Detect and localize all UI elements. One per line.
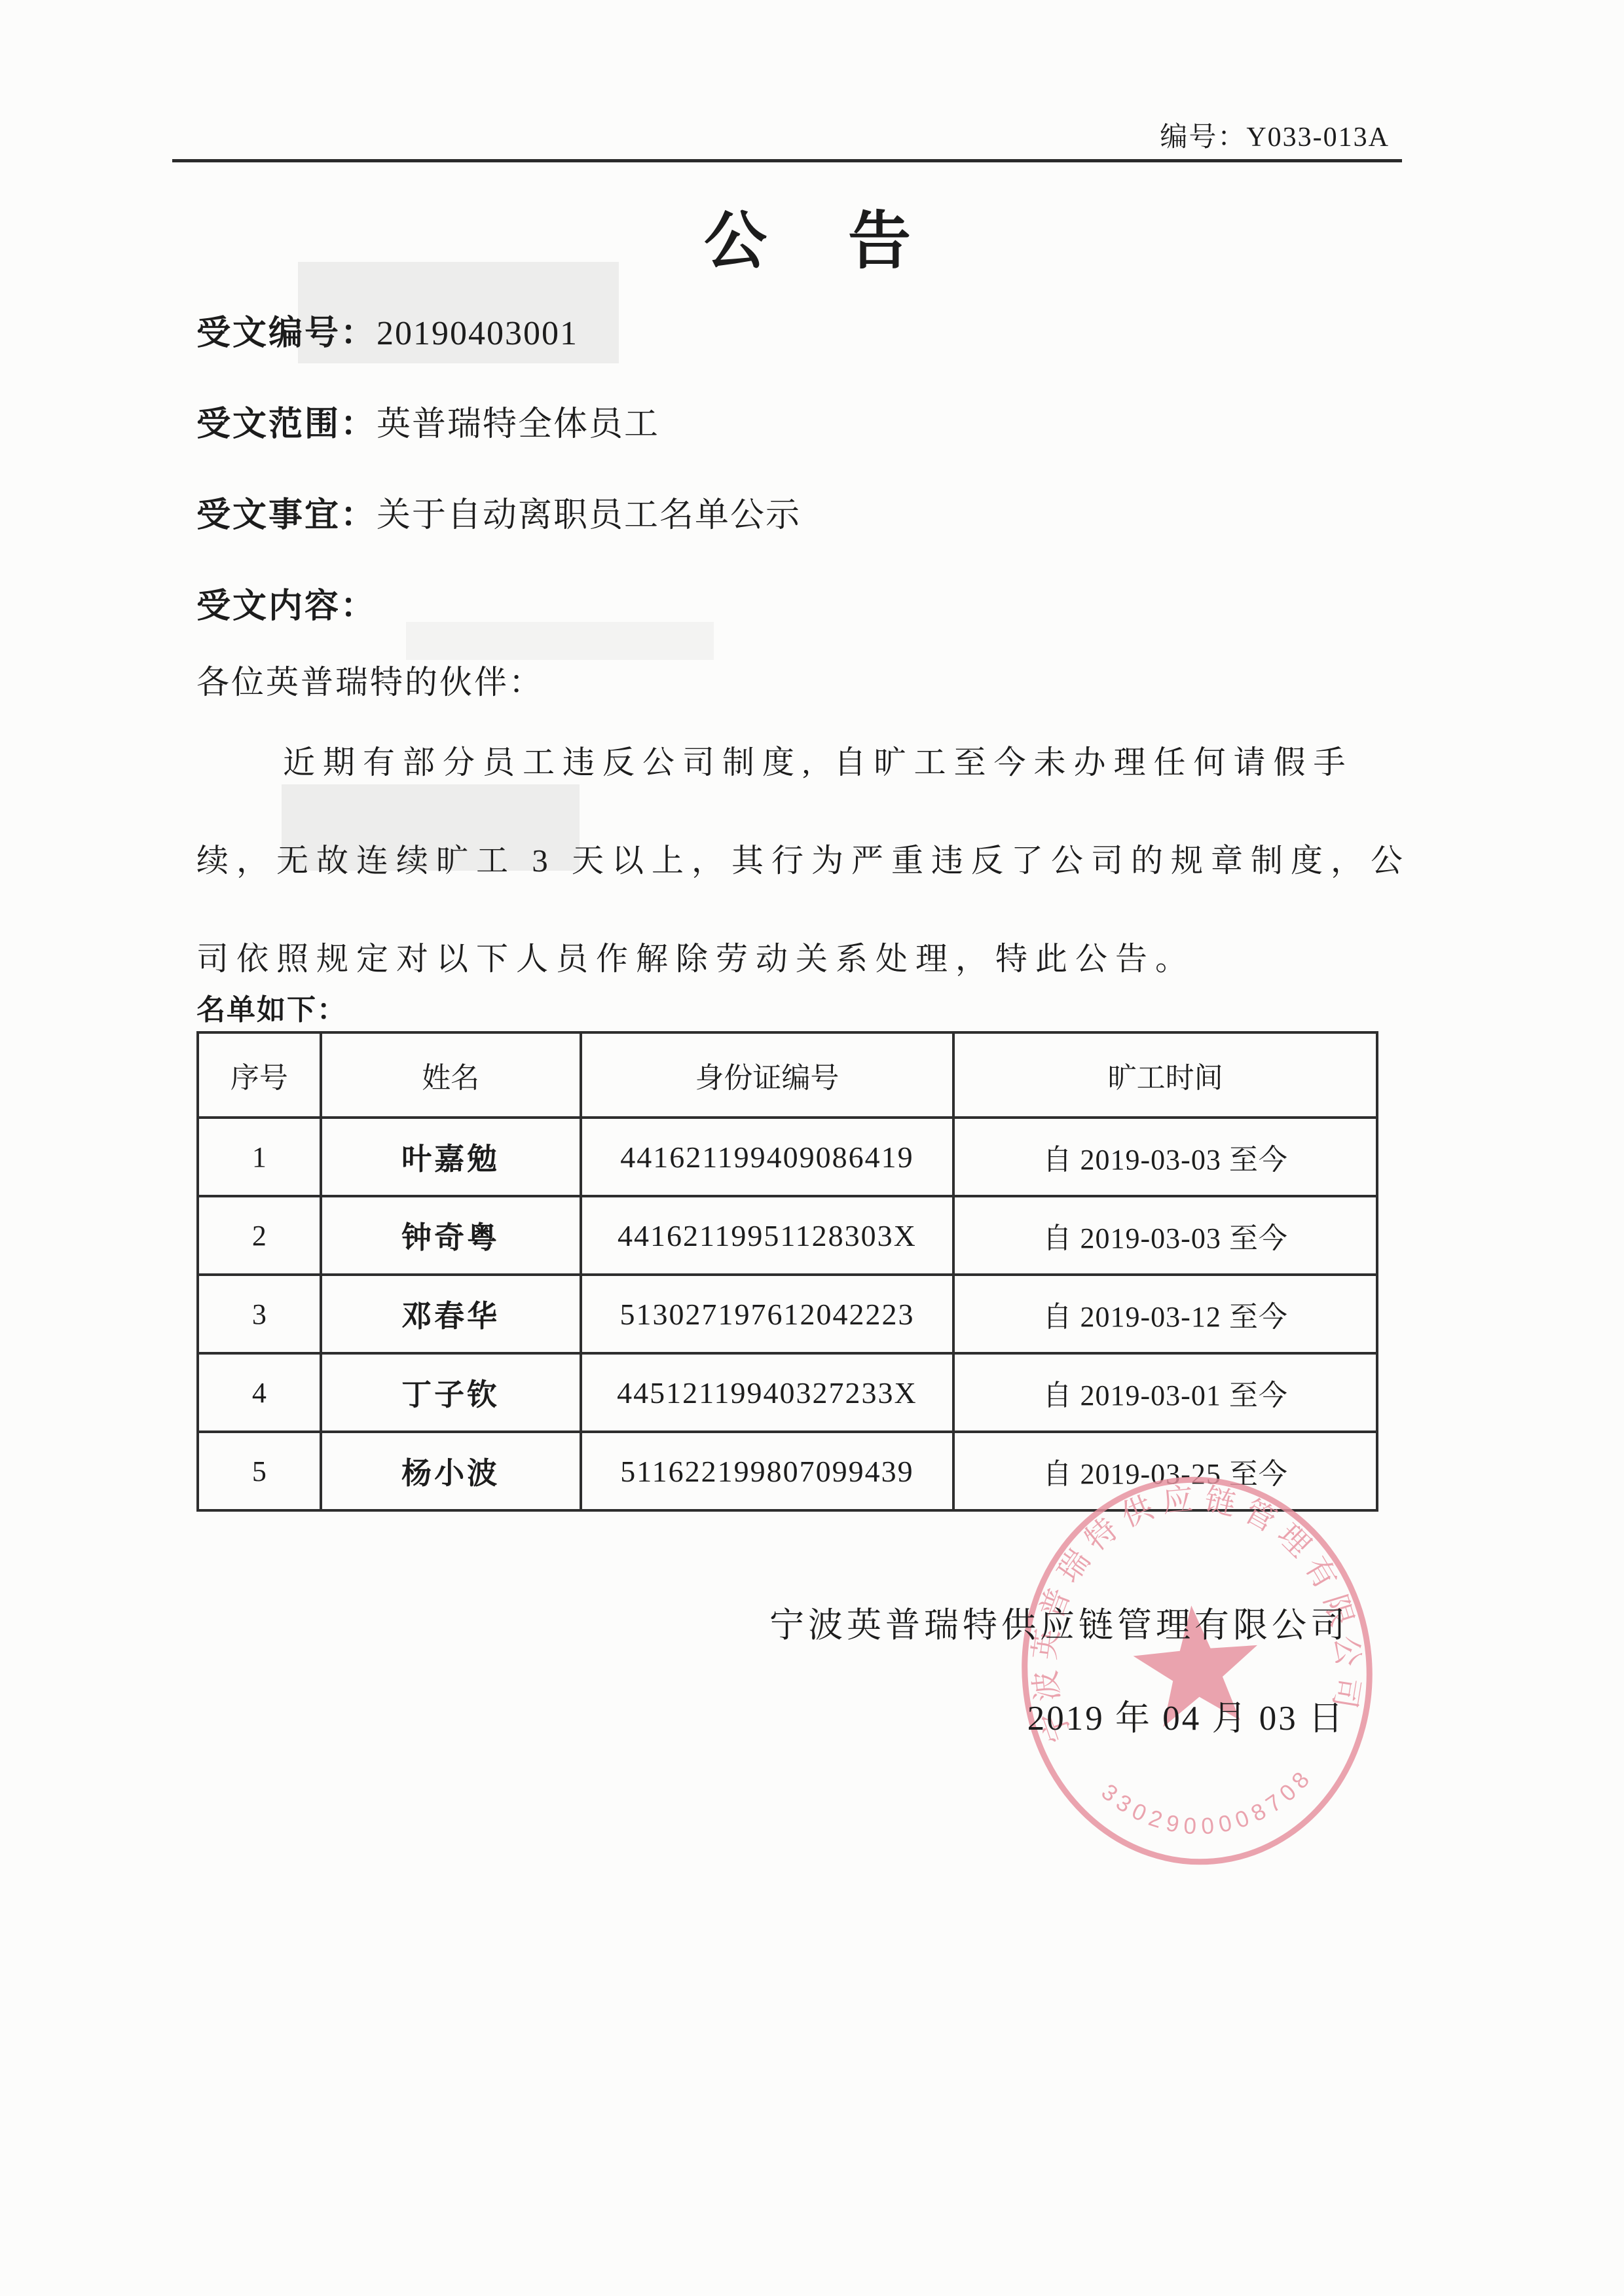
field-value: 20190403001 — [377, 315, 578, 352]
field-subject: 受文事宜：关于自动离职员工名单公示 — [196, 487, 801, 536]
header-cell: 序号 — [198, 1032, 321, 1118]
cell-id: 511622199807099439 — [581, 1432, 954, 1510]
field-label: 受文范围： — [196, 406, 377, 443]
signature-company: 宁波英普瑞特供应链管理有限公司 — [769, 1597, 1349, 1647]
cell-index: 4 — [198, 1353, 321, 1432]
field-label: 受文内容： — [196, 588, 377, 625]
header-cell: 旷工时间 — [953, 1032, 1377, 1118]
header-cell: 身份证编号 — [581, 1032, 954, 1118]
cell-name: 丁子钦 — [321, 1353, 581, 1432]
cell-name: 邓春华 — [321, 1275, 581, 1353]
dismissal-table: 序号 姓名 身份证编号 旷工时间 1 叶嘉勉 44162119940908641… — [196, 1031, 1378, 1512]
field-label: 受文事宜： — [196, 497, 377, 534]
field-label: 受文编号： — [196, 315, 377, 352]
header-rule — [172, 159, 1402, 162]
cell-index: 3 — [198, 1275, 321, 1353]
company-seal-stamp: 宁波英普瑞特供应链管理有限公司 3302900008708 — [1001, 1461, 1393, 1880]
table-row: 3 邓春华 513027197612042223 自 2019-03-12 至今 — [198, 1275, 1377, 1353]
salutation: 各位英普瑞特的伙伴： — [196, 656, 544, 703]
cell-index: 1 — [198, 1118, 321, 1196]
cell-time: 自 2019-03-12 至今 — [953, 1275, 1377, 1353]
cell-id: 44512119940327233X — [581, 1353, 954, 1432]
cell-time: 自 2019-03-01 至今 — [953, 1353, 1377, 1432]
field-value: 英普瑞特全体员工 — [377, 406, 659, 443]
cell-index: 2 — [198, 1196, 321, 1275]
paragraph-line: 续，无故连续旷工 3 天以上，其行为严重违反了公司的规章制度，公 — [196, 835, 1411, 881]
scan-artifact — [406, 622, 714, 660]
field-value: 关于自动离职员工名单公示 — [377, 497, 801, 534]
cell-name: 杨小波 — [321, 1432, 581, 1510]
cell-id: 44162119951128303X — [581, 1196, 954, 1275]
document-page: 编号：Y033-013A 公 告 受文编号：20190403001 受文范围：英… — [0, 0, 1624, 2296]
table-row: 2 钟奇粤 44162119951128303X 自 2019-03-03 至今 — [198, 1196, 1377, 1275]
cell-id: 513027197612042223 — [581, 1275, 954, 1353]
field-content: 受文内容： — [196, 578, 377, 627]
document-code: 编号：Y033-013A — [1160, 115, 1390, 155]
table-row: 4 丁子钦 44512119940327233X 自 2019-03-01 至今 — [198, 1353, 1377, 1432]
cell-time: 自 2019-03-03 至今 — [953, 1118, 1377, 1196]
header-cell: 姓名 — [321, 1032, 581, 1118]
field-scope: 受文范围：英普瑞特全体员工 — [196, 396, 659, 445]
cell-id: 441621199409086419 — [581, 1118, 954, 1196]
cell-name: 钟奇粤 — [321, 1196, 581, 1275]
cell-name: 叶嘉勉 — [321, 1118, 581, 1196]
table-row: 1 叶嘉勉 441621199409086419 自 2019-03-03 至今 — [198, 1118, 1377, 1196]
cell-index: 5 — [198, 1432, 321, 1510]
table-header-row: 序号 姓名 身份证编号 旷工时间 — [198, 1032, 1377, 1118]
paragraph-line: 司依照规定对以下人员作解除劳动关系处理，特此公告。 — [196, 934, 1195, 979]
signature-date: 2019 年 04 月 03 日 — [1027, 1690, 1345, 1740]
cell-time: 自 2019-03-03 至今 — [953, 1196, 1377, 1275]
list-intro: 名单如下： — [196, 986, 347, 1028]
field-doc-number: 受文编号：20190403001 — [196, 305, 578, 354]
paragraph-line: 近期有部分员工违反公司制度, 自旷工至今未办理任何请假手 — [283, 737, 1354, 783]
page-title: 公 告 — [0, 191, 1624, 281]
